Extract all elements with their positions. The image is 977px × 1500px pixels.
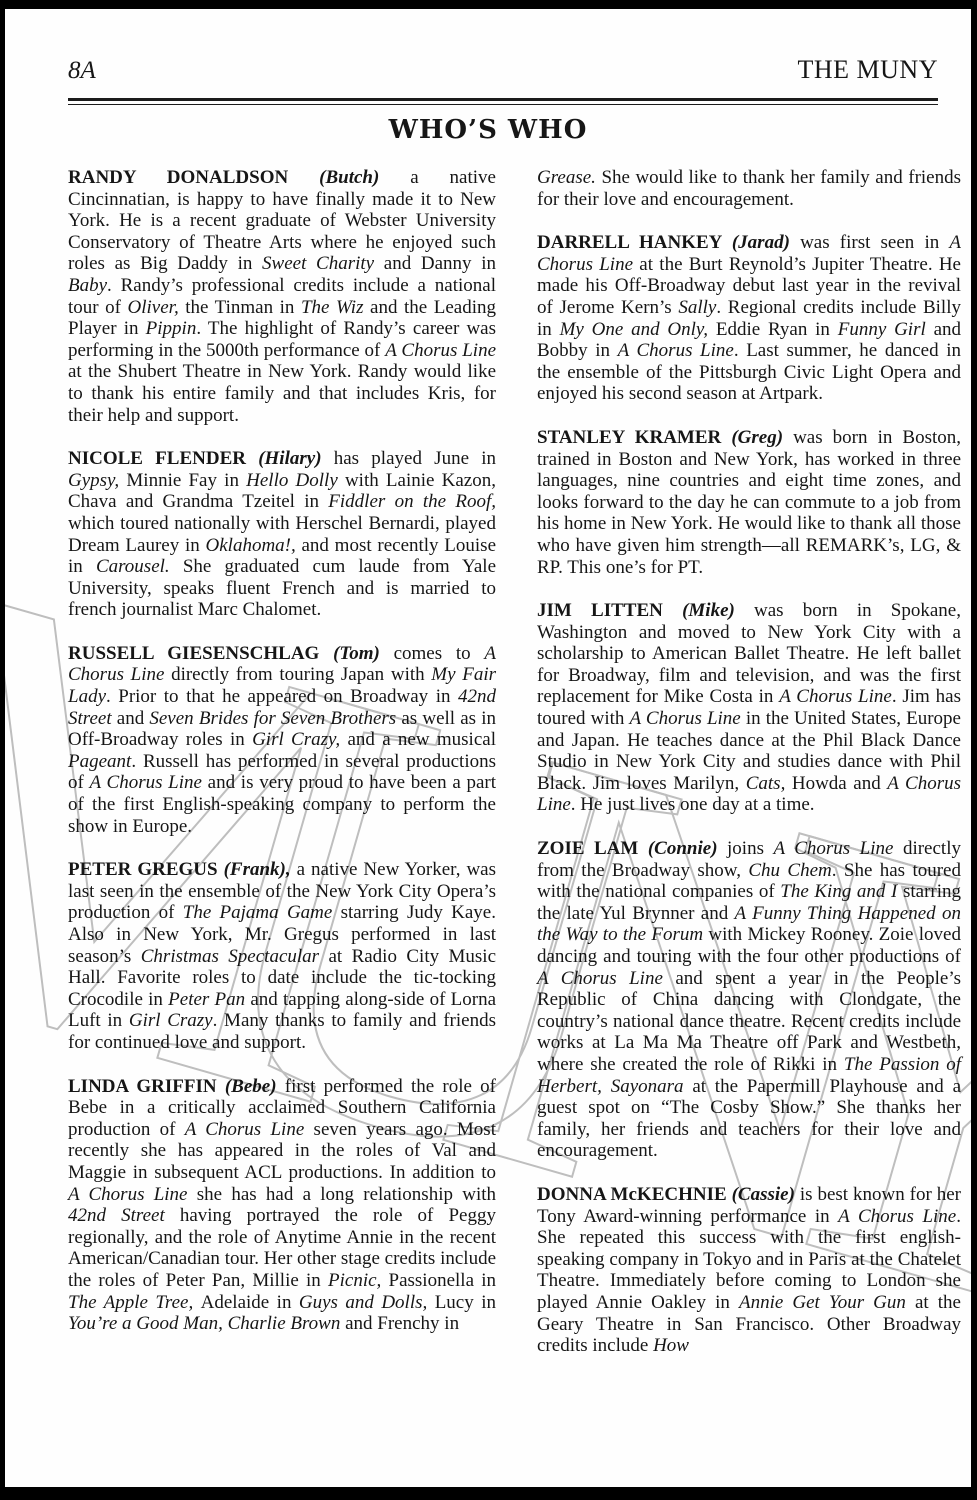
left-column: RANDY DONALDSON (Butch) a native Cincinn… [68,167,496,1357]
page-content: 8A THE MUNY WHO’S WHO RANDY DONALDSON (B… [5,9,971,1487]
program-page: 8A THE MUNY WHO’S WHO RANDY DONALDSON (B… [0,0,977,1500]
bio-zoie-lam: ZOIE LAM (Connie) joins A Chorus Line di… [537,838,961,1162]
page-title: WHO’S WHO [5,115,971,145]
publication-title: THE MUNY [798,55,939,85]
bio-randy-donaldson: RANDY DONALDSON (Butch) a native Cincinn… [68,167,496,426]
page-number: 8A [68,57,96,85]
bio-grease-continuation: Grease. She would like to thank her fami… [537,167,961,210]
bio-linda-griffin: LINDA GRIFFIN (Bebe) first performed the… [68,1076,496,1335]
bio-darrell-hankey: DARRELL HANKEY (Jarad) was first seen in… [537,232,961,405]
right-column: Grease. She would like to thank her fami… [537,167,961,1379]
header-double-rule [68,98,938,109]
bio-stanley-kramer: STANLEY KRAMER (Greg) was born in Boston… [537,427,961,578]
bio-nicole-flender: NICOLE FLENDER (Hilary) has played June … [68,448,496,621]
page-header: 8A THE MUNY [68,55,938,85]
bio-jim-litten: JIM LITTEN (Mike) was born in Spokane, W… [537,600,961,816]
bio-peter-gregus: PETER GREGUS (Frank), a native New Yorke… [68,859,496,1053]
bio-donna-mckechnie: DONNA McKECHNIE (Cassie) is best known f… [537,1184,961,1357]
bio-russell-giesenschlag: RUSSELL GIESENSCHLAG (Tom) comes to A Ch… [68,643,496,837]
